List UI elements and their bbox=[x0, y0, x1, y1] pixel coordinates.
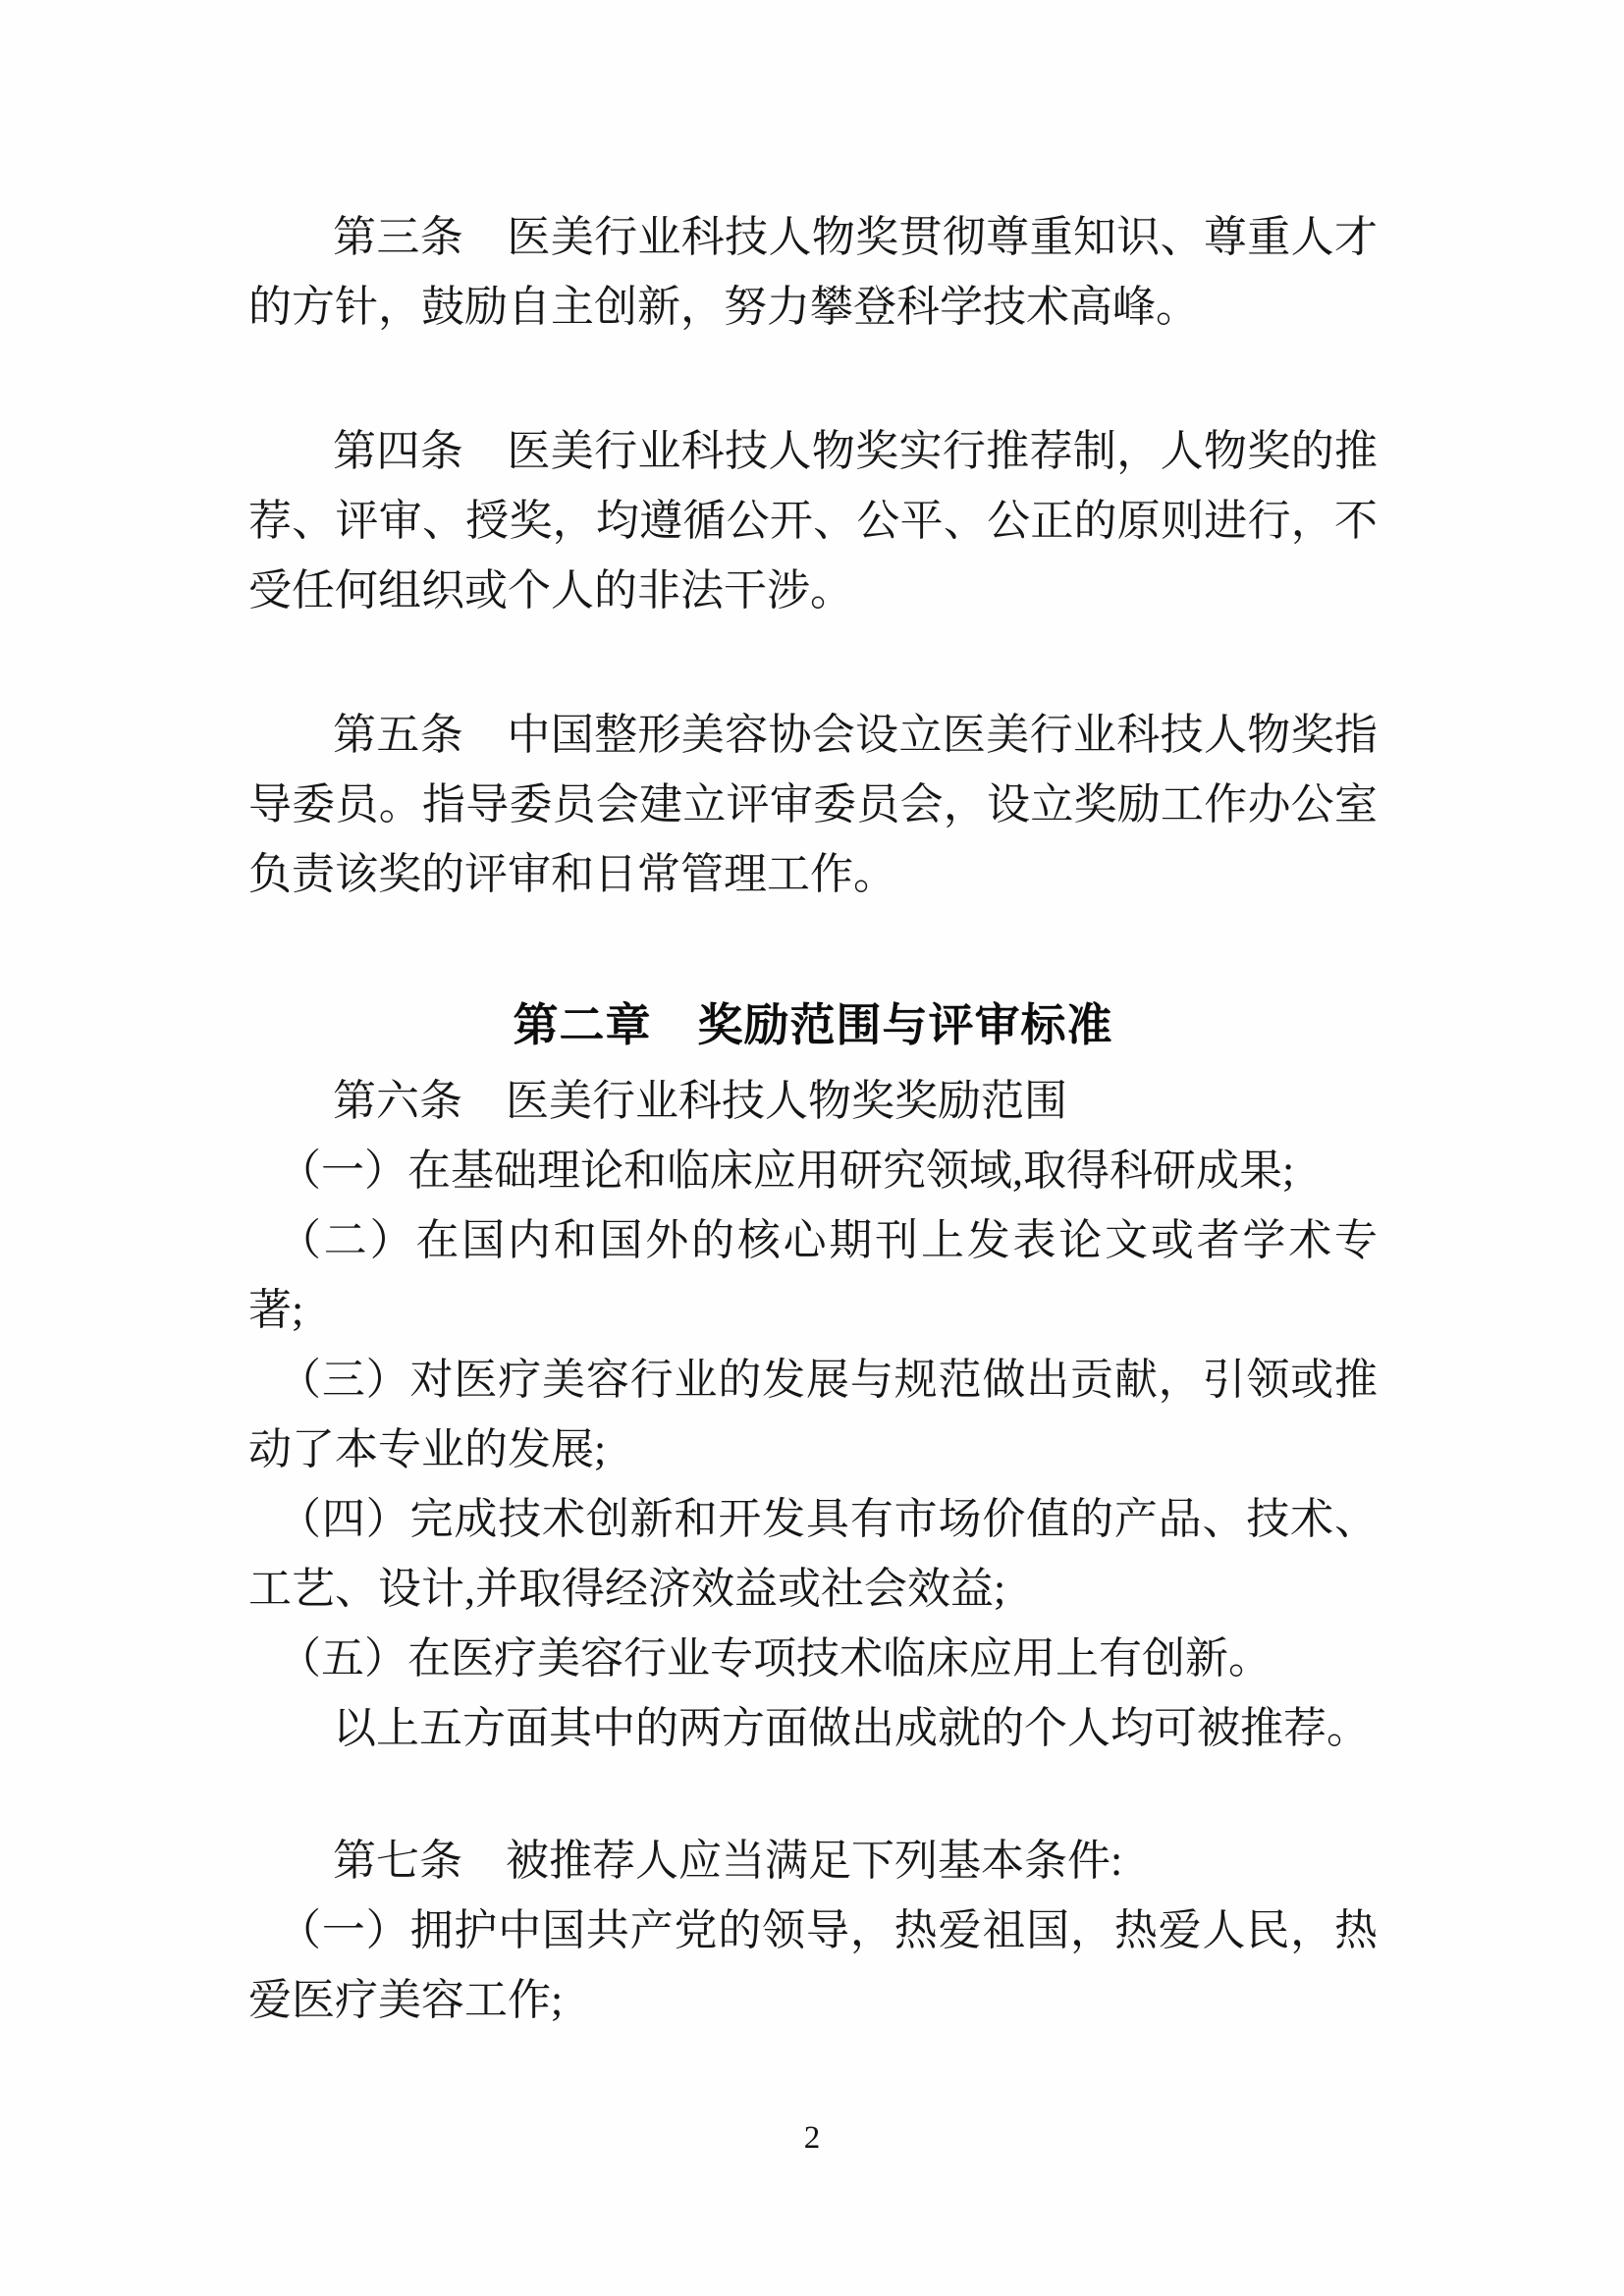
chapter-2-heading: 第二章 奖励范围与评审标准 bbox=[248, 984, 1378, 1066]
article-7-item-1-line-2: 爱医疗美容工作; bbox=[248, 1965, 1378, 2035]
article-6-item-5: （五）在医疗美容行业专项技术临床应用上有创新。 bbox=[248, 1624, 1378, 1693]
article-6-item-2-line-2: 著; bbox=[248, 1275, 1378, 1345]
article-6-item-3-line-1: （三）对医疗美容行业的发展与规范做出贡献，引领或推 bbox=[248, 1345, 1378, 1415]
article-6-item-4-line-1: （四）完成技术创新和开发具有市场价值的产品、技术、 bbox=[248, 1484, 1378, 1554]
article-4-line-1: 第四条 医美行业科技人物奖实行推荐制，人物奖的推 bbox=[248, 416, 1378, 486]
article-6-conclusion: 以上五方面其中的两方面做出成就的个人均可被推荐。 bbox=[248, 1693, 1378, 1763]
paragraph-article-7: 第七条 被推荐人应当满足下列基本条件: （一）拥护中国共产党的领导，热爱祖国，热… bbox=[248, 1826, 1378, 2035]
article-6-item-1: （一）在基础理论和临床应用研究领域,取得科研成果; bbox=[248, 1136, 1378, 1205]
paragraph-article-4: 第四条 医美行业科技人物奖实行推荐制，人物奖的推 荐、评审、授奖，均遵循公开、公… bbox=[248, 416, 1378, 625]
document-page: 第三条 医美行业科技人物奖贯彻尊重知识、尊重人才 的方针，鼓励自主创新，努力攀登… bbox=[0, 0, 1624, 2296]
article-5-line-2: 导委员。指导委员会建立评审委员会，设立奖励工作办公室 bbox=[248, 770, 1378, 839]
paragraph-article-3: 第三条 医美行业科技人物奖贯彻尊重知识、尊重人才 的方针，鼓励自主创新，努力攀登… bbox=[248, 202, 1378, 342]
document-body: 第三条 医美行业科技人物奖贯彻尊重知识、尊重人才 的方针，鼓励自主创新，努力攀登… bbox=[248, 202, 1378, 2035]
article-4-line-2: 荐、评审、授奖，均遵循公开、公平、公正的原则进行，不 bbox=[248, 486, 1378, 556]
article-6-item-3-line-2: 动了本专业的发展; bbox=[248, 1415, 1378, 1484]
article-6-line-1: 第六条 医美行业科技人物奖奖励范围 bbox=[248, 1066, 1378, 1136]
page-number: 2 bbox=[0, 2118, 1624, 2158]
article-6-item-2-line-1: （二）在国内和国外的核心期刊上发表论文或者学术专 bbox=[248, 1205, 1378, 1275]
article-5-line-1: 第五条 中国整形美容协会设立医美行业科技人物奖指 bbox=[248, 700, 1378, 770]
paragraph-article-5: 第五条 中国整形美容协会设立医美行业科技人物奖指 导委员。指导委员会建立评审委员… bbox=[248, 700, 1378, 909]
article-7-line-1: 第七条 被推荐人应当满足下列基本条件: bbox=[248, 1826, 1378, 1896]
article-5-line-3: 负责该奖的评审和日常管理工作。 bbox=[248, 839, 1378, 909]
article-6-item-4-line-2: 工艺、设计,并取得经济效益或社会效益; bbox=[248, 1554, 1378, 1624]
paragraph-article-6: 第六条 医美行业科技人物奖奖励范围 （一）在基础理论和临床应用研究领域,取得科研… bbox=[248, 1066, 1378, 1763]
article-4-line-3: 受任何组织或个人的非法干涉。 bbox=[248, 556, 1378, 625]
article-3-line-2: 的方针，鼓励自主创新，努力攀登科学技术高峰。 bbox=[248, 272, 1378, 342]
article-7-item-1-line-1: （一）拥护中国共产党的领导，热爱祖国，热爱人民，热 bbox=[248, 1896, 1378, 1965]
article-3-line-1: 第三条 医美行业科技人物奖贯彻尊重知识、尊重人才 bbox=[248, 202, 1378, 272]
